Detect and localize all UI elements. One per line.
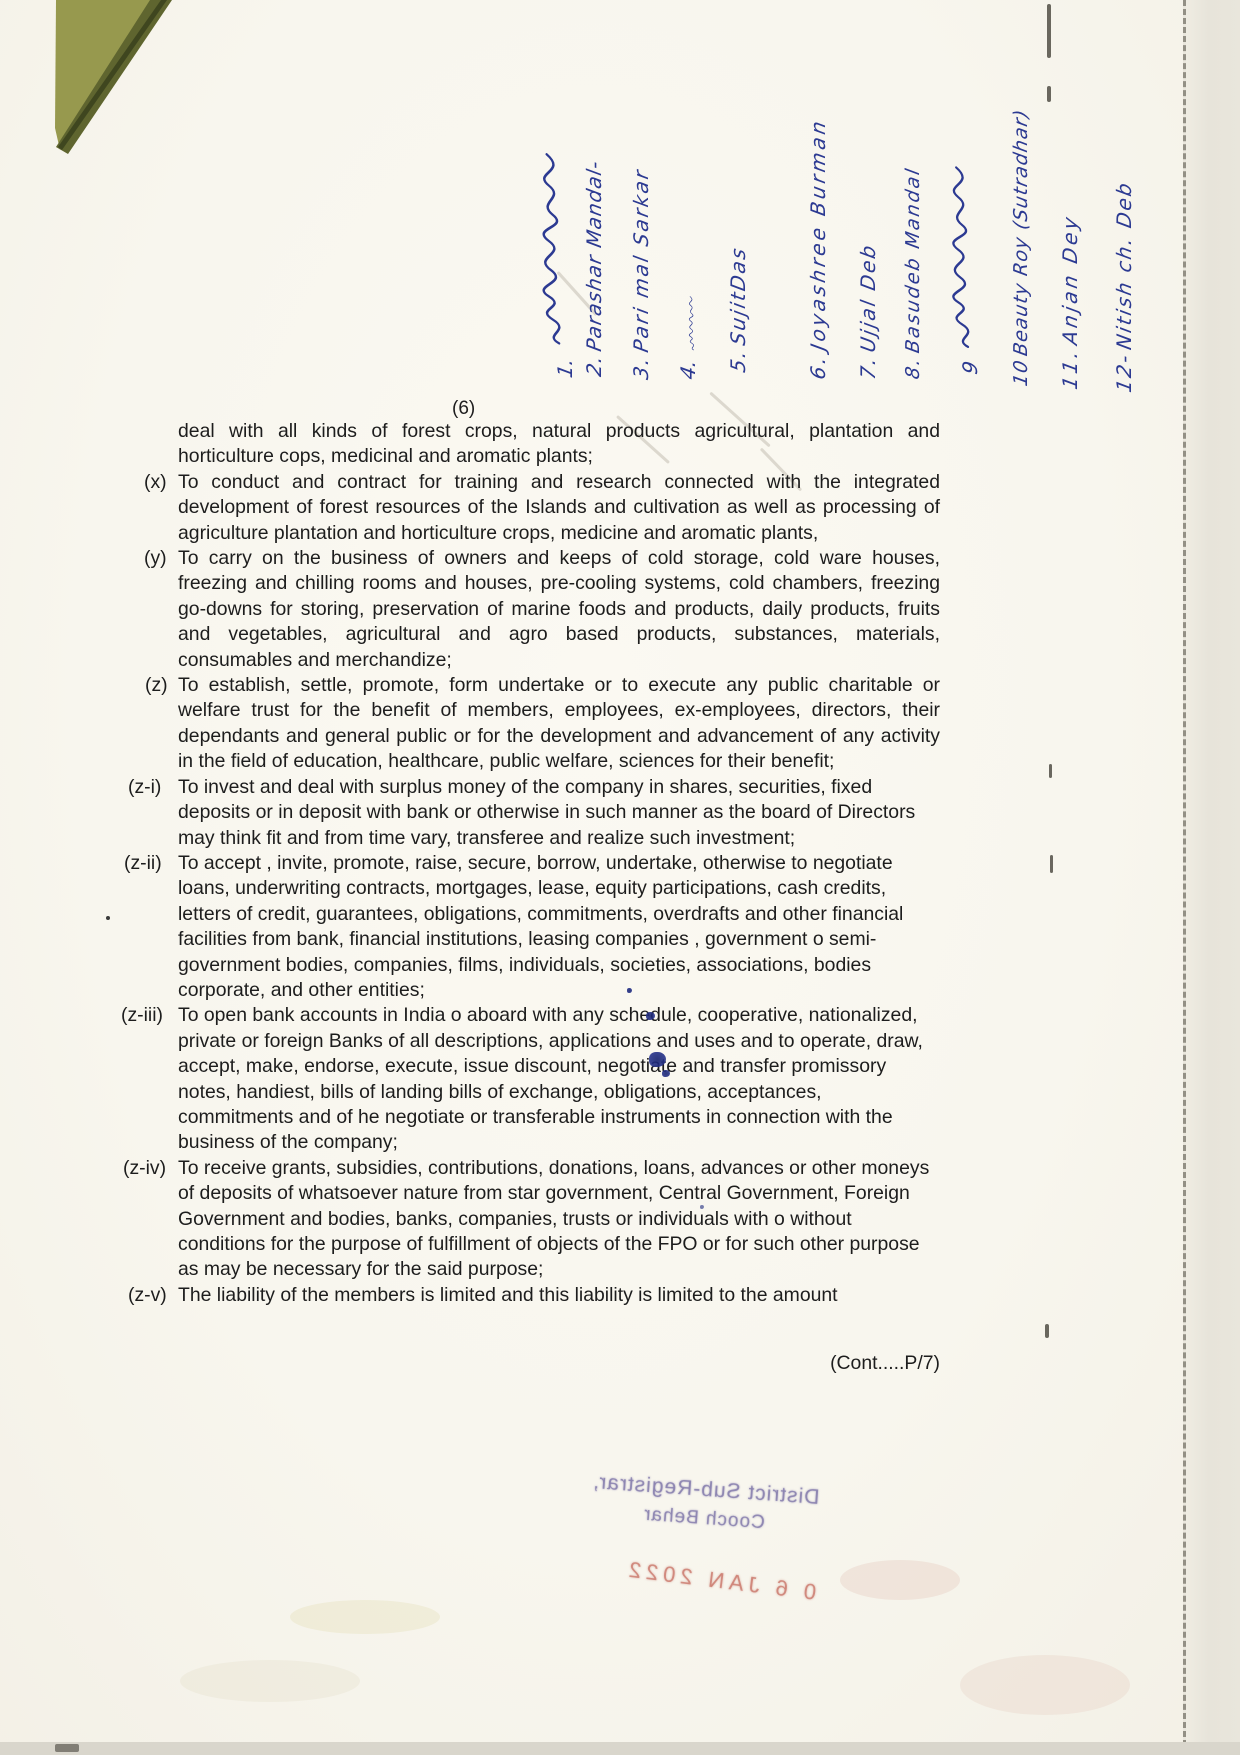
clause: (z-iii)To open bank accounts in India o … — [178, 1003, 940, 1155]
signature-number: 4. — [676, 358, 700, 381]
signature-number: 11. — [1058, 346, 1082, 391]
clause: deal with all kinds of forest crops, nat… — [178, 419, 940, 470]
smudge — [290, 1600, 440, 1634]
signature-name: Joyashree Burman — [806, 116, 830, 352]
clause-text: To carry on the business of owners and k… — [178, 547, 940, 671]
signature: 4. — [676, 293, 703, 382]
smudge — [840, 1560, 960, 1600]
signature: 2.Parashar Mandal- — [582, 158, 606, 378]
signature: 1. — [534, 148, 580, 380]
page-number: (6) — [452, 398, 475, 420]
clause: (z)To establish, settle, promote, form u… — [178, 673, 940, 775]
smudge — [960, 1655, 1130, 1715]
signature: 3.Pari mal Sarkar — [629, 167, 653, 382]
stray-dot — [106, 916, 110, 920]
signature: 12-Nitish ch. Deb — [1112, 179, 1136, 394]
clause-text: To invest and deal with surplus money of… — [178, 776, 915, 849]
handwritten-bengali-signature — [534, 148, 580, 351]
signature-name: SujitDas — [726, 245, 750, 348]
clause: (z-i)To invest and deal with surplus mon… — [178, 775, 940, 851]
signature-name: Ujjal Deb — [856, 242, 880, 355]
handwritten-bengali-signature — [947, 162, 985, 354]
continuation-note: (Cont.....P/7) — [178, 1352, 940, 1375]
edge-mark — [1045, 1324, 1049, 1338]
signature-name: Parashar Mandal- — [582, 158, 606, 353]
clause-text: To establish, settle, promote, form unde… — [178, 674, 940, 772]
clause: (z-v)The liability of the members is lim… — [178, 1283, 940, 1308]
clause-text: To conduct and contract for training and… — [178, 471, 940, 544]
document-body: deal with all kinds of forest crops, nat… — [178, 419, 940, 1308]
edge-mark — [1050, 855, 1053, 873]
edge-mark — [55, 1744, 79, 1752]
signature-number: 5. — [726, 347, 750, 374]
signature-number: 1. — [553, 356, 577, 379]
clause: (y)To carry on the business of owners an… — [178, 546, 940, 673]
stamp-bleedthrough: District Sub-Registrar, Cooch Behar — [539, 1467, 872, 1542]
scanned-document-page: 1.2.Parashar Mandal-3.Pari mal Sarkar4.5… — [0, 0, 1240, 1755]
clause-text: To accept , invite, promote, raise, secu… — [178, 852, 903, 1001]
signature-number: 8. — [902, 355, 924, 381]
signature-name: Anjan Dey — [1058, 212, 1082, 346]
clause-label: (z-i) — [128, 775, 161, 800]
ink-blot — [700, 1205, 704, 1209]
signature: 10Beauty Roy (Sutradhar) — [1010, 107, 1032, 388]
signature-number: 12- — [1112, 351, 1136, 394]
clause-label: (z) — [145, 673, 168, 698]
clause-label: (z-v) — [128, 1283, 167, 1308]
signature: 11.Anjan Dey — [1058, 212, 1082, 391]
stamp-date: 0 6 JAN 2022 — [584, 1552, 855, 1611]
signature: 5.SujitDas — [726, 245, 750, 375]
signature: 6.Joyashree Burman — [806, 116, 830, 381]
clause-label: (z-iv) — [123, 1156, 166, 1181]
signature-number: 10 — [1010, 358, 1032, 388]
signature: 8.Basudeb Mandal — [902, 165, 924, 381]
signature-name: Beauty Roy (Sutradhar) — [1010, 107, 1032, 358]
handwritten-flourish-signature — [683, 294, 703, 353]
clause-text: deal with all kinds of forest crops, nat… — [178, 420, 940, 467]
scan-edge-bottom — [0, 1742, 1240, 1755]
clause-label: (x) — [144, 470, 167, 495]
signature-number: 6. — [806, 352, 830, 381]
signature-number: 9 — [958, 359, 982, 376]
signature: 7.Ujjal Deb — [856, 242, 880, 382]
clause-label: (z-ii) — [124, 851, 162, 876]
clause: (z-ii)To accept , invite, promote, raise… — [178, 851, 940, 1003]
signature-name: Basudeb Mandal — [902, 165, 924, 354]
clause-text: To open bank accounts in India o aboard … — [178, 1004, 923, 1153]
clause-text: To receive grants, subsidies, contributi… — [178, 1157, 929, 1281]
signature-name: Pari mal Sarkar — [629, 167, 653, 355]
clause-label: (y) — [144, 546, 167, 571]
clause-text: The liability of the members is limited … — [178, 1284, 838, 1306]
clause: (z-iv)To receive grants, subsidies, cont… — [178, 1156, 940, 1283]
signature-number: 2. — [582, 353, 606, 378]
signature: 9 — [947, 162, 985, 376]
smudge — [180, 1660, 360, 1702]
signature-strip: 1.2.Parashar Mandal-3.Pari mal Sarkar4.5… — [0, 0, 1240, 420]
clause-label: (z-iii) — [121, 1003, 163, 1028]
signature-number: 3. — [629, 354, 653, 381]
clause: (x)To conduct and contract for training … — [178, 470, 940, 546]
signature-number: 7. — [856, 354, 880, 381]
signature-name: Nitish ch. Deb — [1112, 179, 1136, 351]
edge-mark — [1049, 764, 1052, 778]
